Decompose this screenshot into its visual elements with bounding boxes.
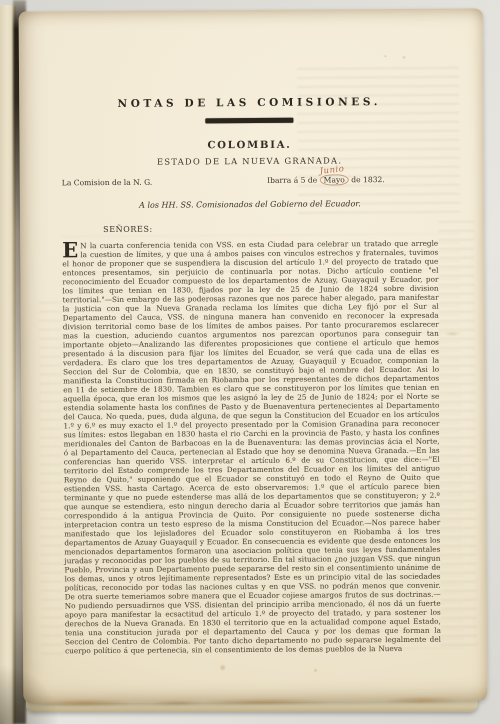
document-page: NOTAS DE LAS COMISIONES. COLOMBIA. ESTAD… <box>19 8 488 703</box>
body-paragraph: EN la cuarta conferencia tenida con VSS.… <box>62 239 441 656</box>
dateline: La Comision de la N. G. Ibarra á 5 de Ju… <box>62 174 438 188</box>
commission-label: La Comision de la N. G. <box>62 178 153 188</box>
printed-month: Mayo <box>324 175 345 184</box>
date-suffix: de 1832. <box>349 175 385 184</box>
drop-cap: E <box>62 242 78 258</box>
page-title: NOTAS DE LAS COMISIONES. <box>61 96 437 111</box>
state-heading: ESTADO DE LA NUEVA GRANADA. <box>62 155 438 168</box>
place-and-date: Ibarra á 5 de JunioMayo de 1832. <box>267 174 385 186</box>
greeting: SEÑORES: <box>103 223 438 234</box>
country-heading: COLOMBIA. <box>61 139 437 153</box>
page-content: NOTAS DE LAS COMISIONES. COLOMBIA. ESTAD… <box>19 8 488 703</box>
circled-month: JunioMayo <box>320 174 349 185</box>
body-text: N la cuarta conferencia tenida con VSS. … <box>62 239 441 656</box>
decorative-rule <box>205 118 293 124</box>
date-prefix: Ibarra á 5 de <box>267 176 320 185</box>
salutation: A los HH. SS. Comisionados del Gobierno … <box>62 199 438 211</box>
photo-background: NOTAS DE LAS COMISIONES. COLOMBIA. ESTAD… <box>0 0 500 724</box>
